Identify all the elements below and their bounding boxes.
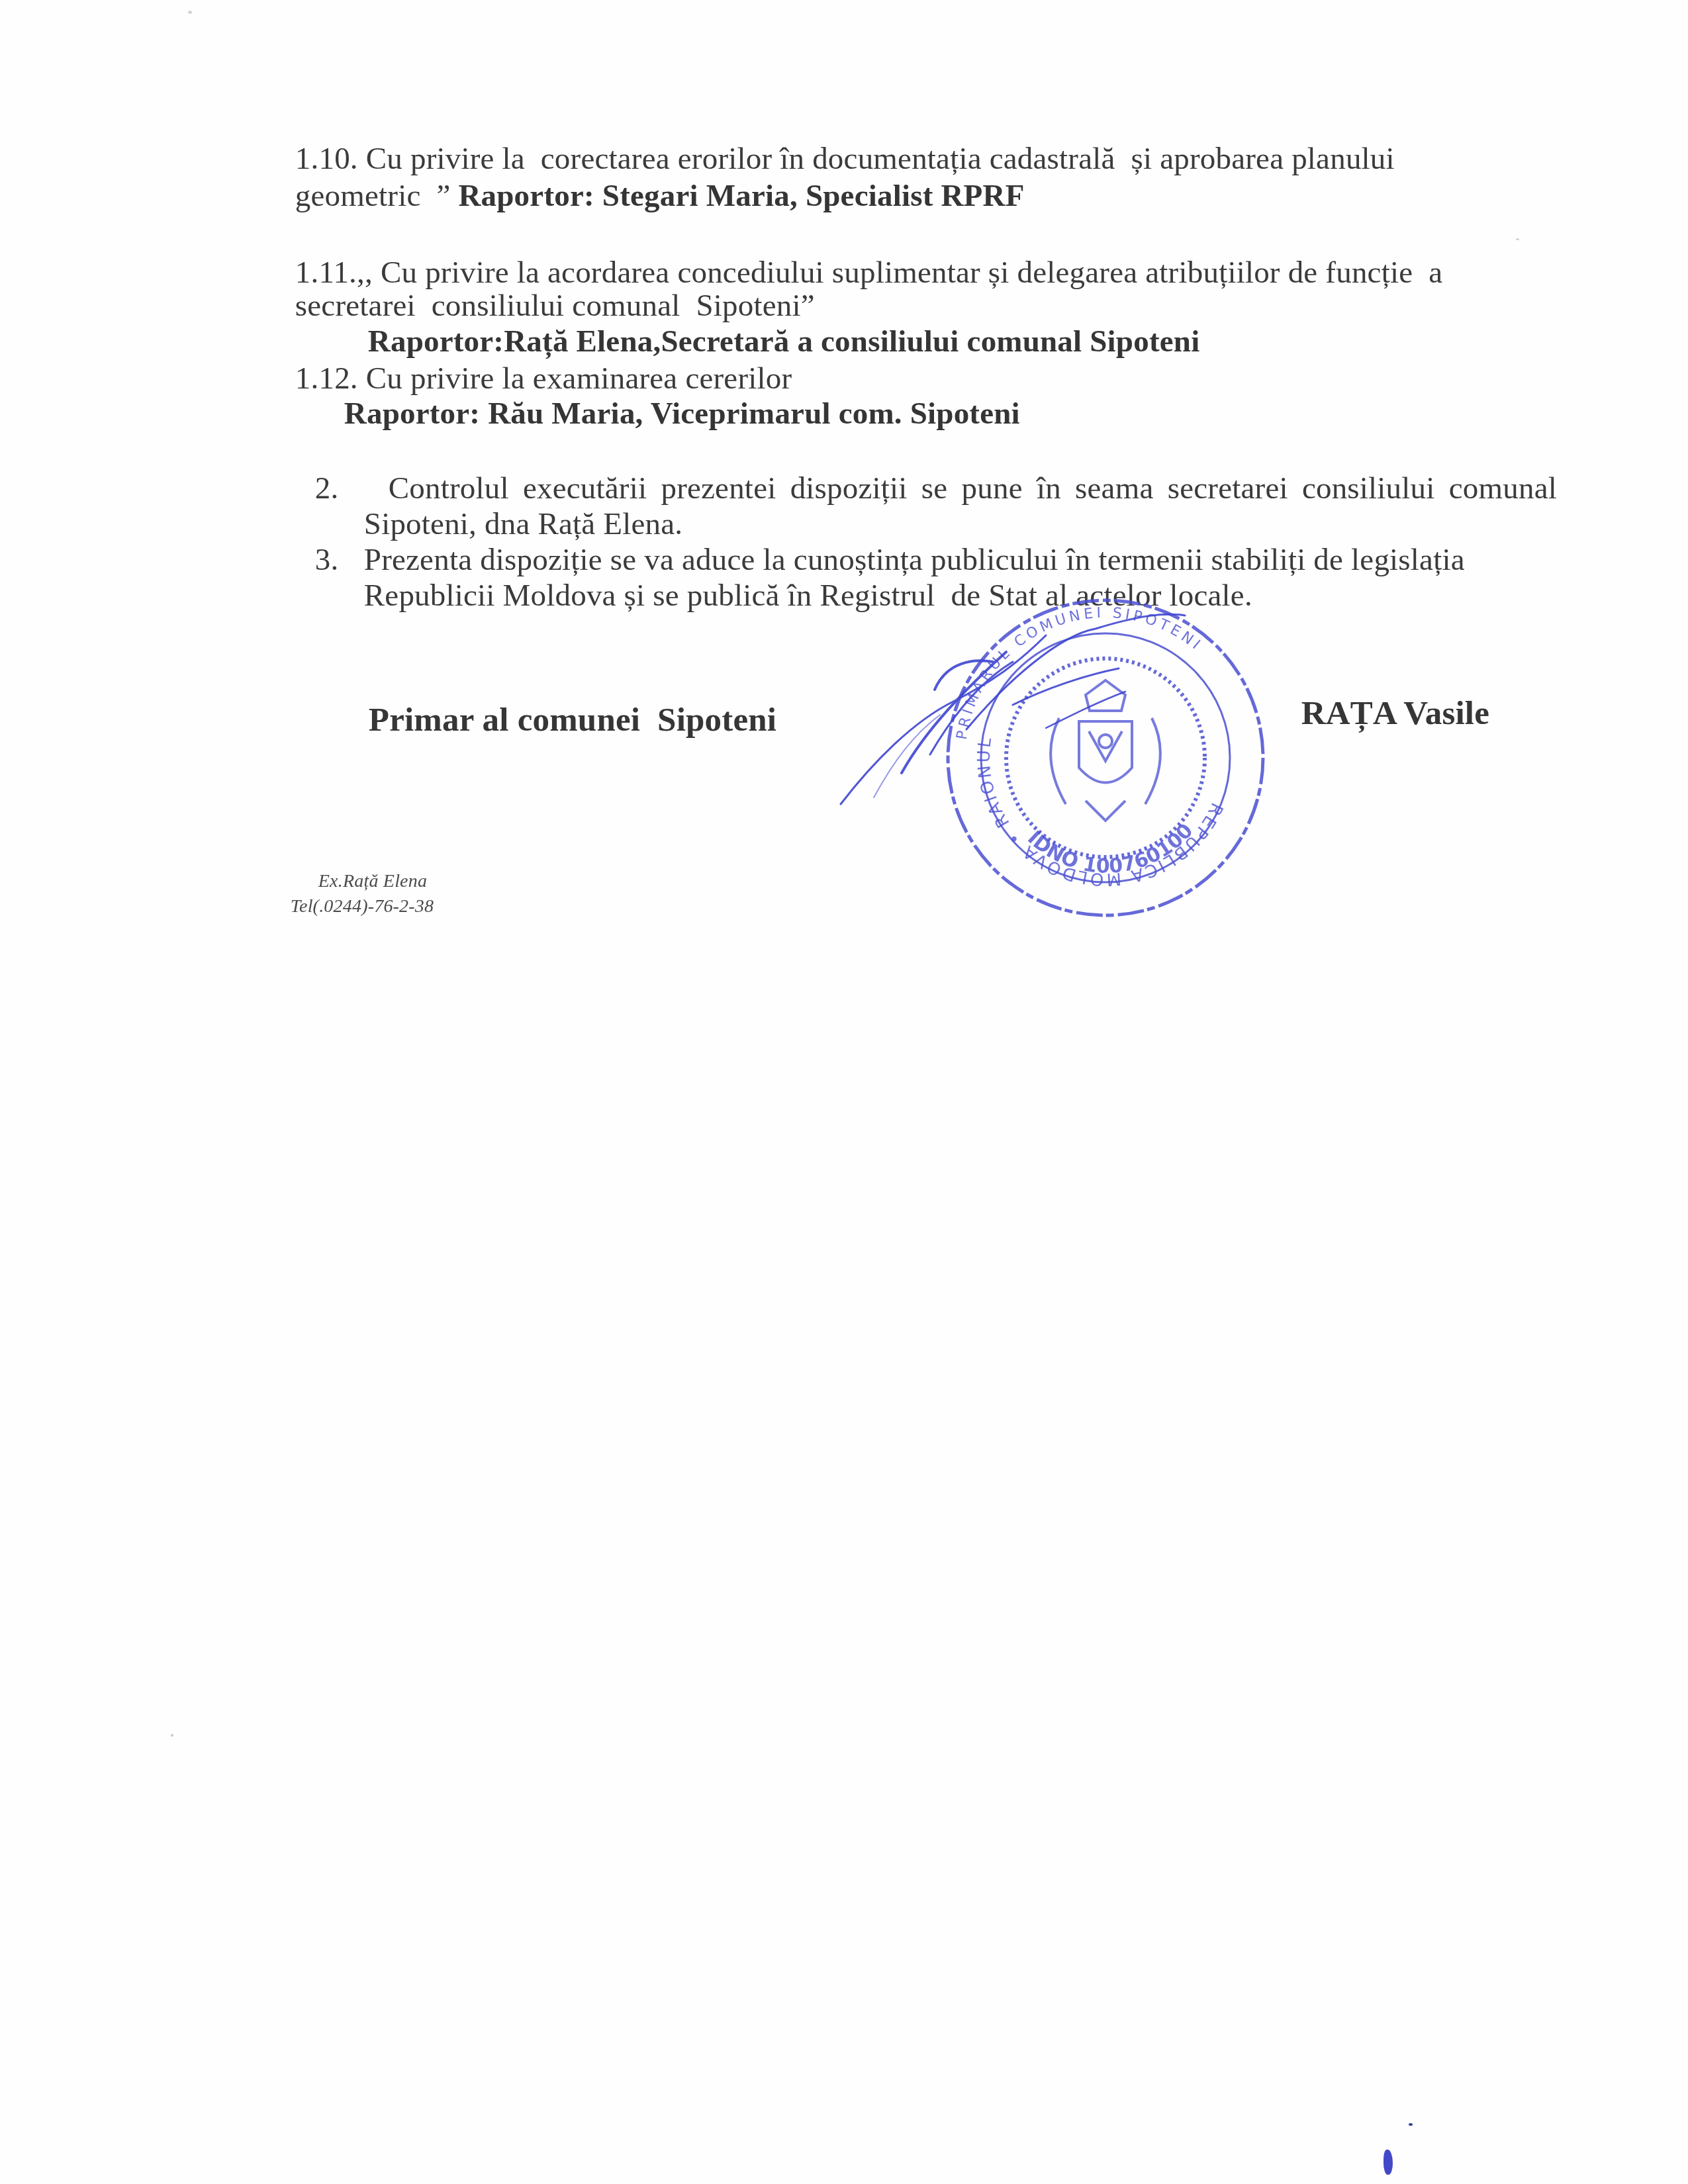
phone-line: Tel(.0244)-76-2-38 [271,879,434,934]
document-page: 1.10. Cu privire la corectarea erorilor … [0,0,1688,2184]
official-stamp: PRIMARUL COMUNEI SIPOTENI REPUBLICA MOLD… [821,582,1297,940]
scan-speck [171,1734,173,1737]
signatory-name-text: RAȚA Vasile [1301,695,1489,732]
ink-blot [1383,2150,1393,2175]
scan-speck [188,11,192,14]
coat-of-arms-icon [1051,680,1160,821]
item-text: geometric ” [295,179,459,213]
phone-text: Tel(.0244)-76-2-38 [291,896,434,917]
scan-speck [1516,238,1519,240]
rapporteur: Raportor: Stegari Maria, Specialist RPRF [458,179,1024,213]
ink-dot [1409,2123,1413,2126]
point-3-number: 3. [283,514,338,607]
rapporteur: Raportor: Rău Maria, Viceprimarul com. S… [344,396,1020,431]
signatory-name: RAȚA Vasile [1267,663,1489,764]
signatory-title: Primar al comunei Sipoteni [334,670,776,771]
signatory-title-text: Primar al comunei Sipoteni [369,702,776,739]
